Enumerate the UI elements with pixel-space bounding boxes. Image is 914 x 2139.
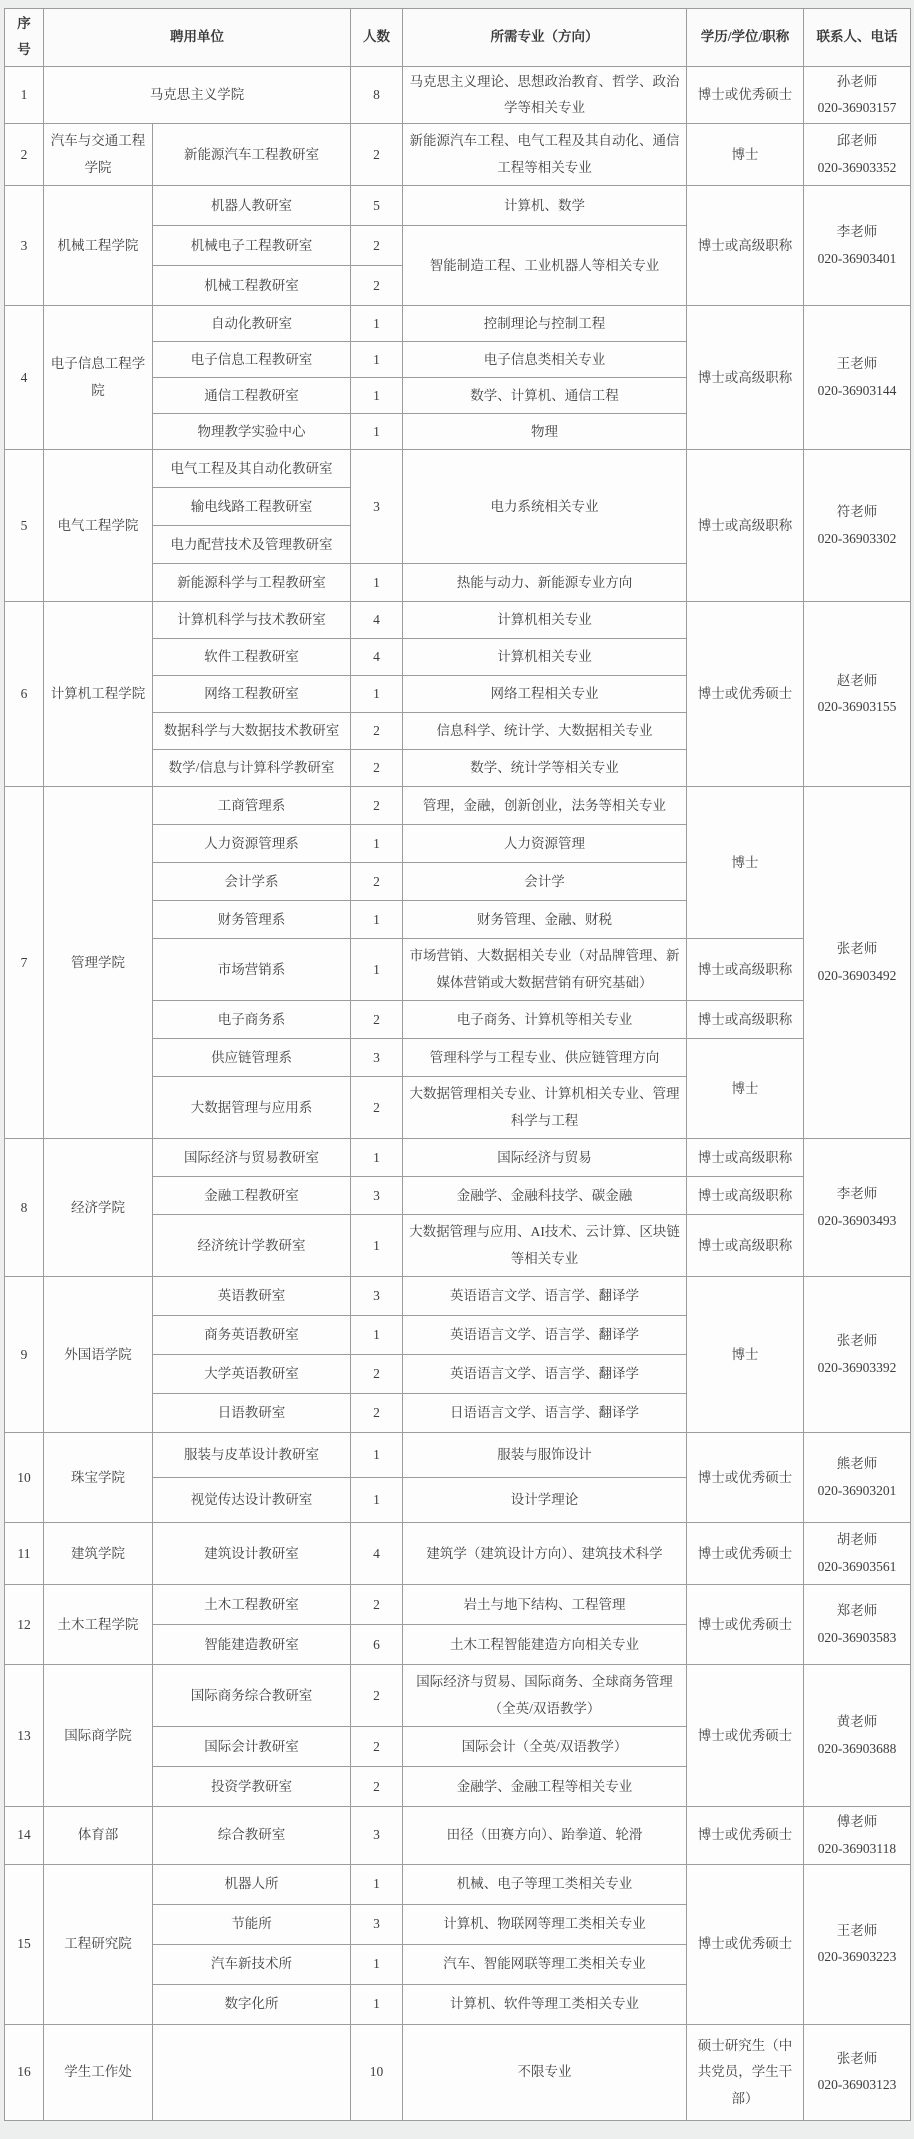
contact-name: 胡老师 <box>810 1527 904 1553</box>
cell-dept: 计算机科学与技术教研室 <box>153 602 351 639</box>
table-row: 10 珠宝学院 服装与皮革设计教研室 1 服装与服饰设计 博士或优秀硕士 熊老师… <box>5 1433 911 1478</box>
cell-college: 学生工作处 <box>44 2024 153 2120</box>
cell-contact: 李老师 020-36903401 <box>804 186 911 306</box>
cell-major: 新能源汽车工程、电气工程及其自动化、通信工程等相关专业 <box>403 124 687 186</box>
cell-contact: 王老师 020-36903223 <box>804 1864 911 2024</box>
cell-count: 2 <box>351 1394 403 1433</box>
contact-phone: 020-36903157 <box>810 95 904 121</box>
contact-phone: 020-36903123 <box>810 2072 904 2098</box>
cell-dept: 国际商务综合教研室 <box>153 1665 351 1727</box>
cell-dept: 机器人所 <box>153 1864 351 1904</box>
cell-dept: 人力资源管理系 <box>153 825 351 863</box>
cell-count: 2 <box>351 124 403 186</box>
cell-college: 经济学院 <box>44 1139 153 1277</box>
cell-degree: 博士或高级职称 <box>687 1139 804 1177</box>
cell-college: 汽车与交通工程学院 <box>44 124 153 186</box>
cell-count: 1 <box>351 1215 403 1277</box>
cell-degree: 博士或优秀硕士 <box>687 1523 804 1585</box>
cell-major: 数学、计算机、通信工程 <box>403 378 687 414</box>
table-row: 9 外国语学院 英语教研室 3 英语语言文学、语言学、翻译学 博士 张老师 02… <box>5 1277 911 1316</box>
cell-major: 设计学理论 <box>403 1478 687 1523</box>
contact-phone: 020-36903155 <box>810 694 904 720</box>
cell-dept: 国际会计教研室 <box>153 1727 351 1767</box>
contact-phone: 020-36903392 <box>810 1355 904 1381</box>
table-row: 8 经济学院 国际经济与贸易教研室 1 国际经济与贸易 博士或高级职称 李老师 … <box>5 1139 911 1177</box>
cell-contact: 熊老师 020-36903201 <box>804 1433 911 1523</box>
cell-count: 2 <box>351 1077 403 1139</box>
table-row: 2 汽车与交通工程学院 新能源汽车工程教研室 2 新能源汽车工程、电气工程及其自… <box>5 124 911 186</box>
cell-count: 1 <box>351 825 403 863</box>
cell-contact: 李老师 020-36903493 <box>804 1139 911 1277</box>
cell-major: 电子信息类相关专业 <box>403 342 687 378</box>
cell-dept: 会计学系 <box>153 863 351 901</box>
cell-no: 12 <box>5 1585 44 1665</box>
table-row: 5 电气工程学院 电气工程及其自动化教研室 3 电力系统相关专业 博士或高级职称… <box>5 450 911 488</box>
cell-college: 计算机工程学院 <box>44 602 153 787</box>
table-row: 14 体育部 综合教研室 3 田径（田赛方向）、跆拳道、轮滑 博士或优秀硕士 傅… <box>5 1807 911 1865</box>
contact-phone: 020-36903302 <box>810 526 904 552</box>
table-row: 3 机械工程学院 机器人教研室 5 计算机、数学 博士或高级职称 李老师 020… <box>5 186 911 226</box>
cell-no: 1 <box>5 66 44 124</box>
cell-dept: 机器人教研室 <box>153 186 351 226</box>
cell-dept: 日语教研室 <box>153 1394 351 1433</box>
contact-phone: 020-36903201 <box>810 1478 904 1504</box>
cell-major: 人力资源管理 <box>403 825 687 863</box>
cell-dept: 软件工程教研室 <box>153 639 351 676</box>
cell-college: 建筑学院 <box>44 1523 153 1585</box>
col-header-contact: 联系人、电话 <box>804 9 911 67</box>
cell-contact: 张老师 020-36903492 <box>804 787 911 1139</box>
cell-dept: 电子商务系 <box>153 1001 351 1039</box>
contact-name: 傅老师 <box>810 1809 904 1835</box>
cell-dept <box>153 2024 351 2120</box>
cell-dept: 数学/信息与计算科学教研室 <box>153 750 351 787</box>
contact-phone: 020-36903223 <box>810 1944 904 1970</box>
cell-no: 8 <box>5 1139 44 1277</box>
cell-college: 土木工程学院 <box>44 1585 153 1665</box>
cell-college: 外国语学院 <box>44 1277 153 1433</box>
cell-degree: 博士或优秀硕士 <box>687 66 804 124</box>
cell-dept: 机械电子工程教研室 <box>153 226 351 266</box>
cell-count: 1 <box>351 1478 403 1523</box>
cell-count: 2 <box>351 1727 403 1767</box>
cell-degree: 博士 <box>687 1039 804 1139</box>
cell-major: 国际经济与贸易 <box>403 1139 687 1177</box>
contact-name: 王老师 <box>810 351 904 377</box>
cell-count: 3 <box>351 450 403 564</box>
cell-contact: 胡老师 020-36903561 <box>804 1523 911 1585</box>
cell-dept: 物理教学实验中心 <box>153 414 351 450</box>
cell-major: 大数据管理相关专业、计算机相关专业、管理科学与工程 <box>403 1077 687 1139</box>
contact-name: 张老师 <box>810 1328 904 1354</box>
cell-degree: 博士或高级职称 <box>687 1215 804 1277</box>
cell-major: 土木工程智能建造方向相关专业 <box>403 1625 687 1665</box>
cell-major: 建筑学（建筑设计方向）、建筑技术科学 <box>403 1523 687 1585</box>
cell-no: 4 <box>5 306 44 450</box>
cell-count: 10 <box>351 2024 403 2120</box>
table-row: 6 计算机工程学院 计算机科学与技术教研室 4 计算机相关专业 博士或优秀硕士 … <box>5 602 911 639</box>
contact-name: 赵老师 <box>810 668 904 694</box>
cell-major: 管理，金融，创新创业，法务等相关专业 <box>403 787 687 825</box>
cell-dept: 机械工程教研室 <box>153 266 351 306</box>
cell-contact: 邱老师 020-36903352 <box>804 124 911 186</box>
cell-count: 4 <box>351 639 403 676</box>
contact-name: 李老师 <box>810 219 904 245</box>
cell-major: 计算机相关专业 <box>403 639 687 676</box>
cell-count: 2 <box>351 1665 403 1727</box>
cell-count: 1 <box>351 564 403 602</box>
cell-major: 电力系统相关专业 <box>403 450 687 564</box>
cell-major: 田径（田赛方向）、跆拳道、轮滑 <box>403 1807 687 1865</box>
cell-no: 2 <box>5 124 44 186</box>
cell-contact: 傅老师 020-36903118 <box>804 1807 911 1865</box>
cell-dept: 供应链管理系 <box>153 1039 351 1077</box>
contact-name: 王老师 <box>810 1918 904 1944</box>
cell-degree: 博士或高级职称 <box>687 450 804 602</box>
contact-phone: 020-36903401 <box>810 246 904 272</box>
cell-dept: 数据科学与大数据技术教研室 <box>153 713 351 750</box>
cell-count: 6 <box>351 1625 403 1665</box>
cell-count: 1 <box>351 414 403 450</box>
cell-major: 国际会计（全英/双语教学） <box>403 1727 687 1767</box>
cell-degree: 博士或优秀硕士 <box>687 1433 804 1523</box>
contact-phone: 020-36903688 <box>810 1736 904 1762</box>
cell-degree: 博士或优秀硕士 <box>687 1864 804 2024</box>
table-row: 7 管理学院 工商管理系 2 管理，金融，创新创业，法务等相关专业 博士 张老师… <box>5 787 911 825</box>
cell-dept: 新能源科学与工程教研室 <box>153 564 351 602</box>
cell-dept: 新能源汽车工程教研室 <box>153 124 351 186</box>
cell-no: 6 <box>5 602 44 787</box>
page: 序号 聘用单位 人数 所需专业（方向） 学历/学位/职称 联系人、电话 1 马克… <box>0 0 914 2139</box>
col-header-major: 所需专业（方向） <box>403 9 687 67</box>
cell-major: 岩土与地下结构、工程管理 <box>403 1585 687 1625</box>
cell-no: 14 <box>5 1807 44 1865</box>
recruitment-table: 序号 聘用单位 人数 所需专业（方向） 学历/学位/职称 联系人、电话 1 马克… <box>4 8 911 2121</box>
cell-count: 3 <box>351 1039 403 1077</box>
cell-major: 控制理论与控制工程 <box>403 306 687 342</box>
cell-dept: 工商管理系 <box>153 787 351 825</box>
cell-degree: 博士或优秀硕士 <box>687 1665 804 1807</box>
cell-dept: 土木工程教研室 <box>153 1585 351 1625</box>
cell-dept: 汽车新技术所 <box>153 1944 351 1984</box>
cell-count: 3 <box>351 1807 403 1865</box>
table-row: 16 学生工作处 10 不限专业 硕士研究生（中共党员，学生干部） 张老师 02… <box>5 2024 911 2120</box>
cell-degree: 博士或高级职称 <box>687 186 804 306</box>
cell-major: 计算机相关专业 <box>403 602 687 639</box>
table-row: 15 工程研究院 机器人所 1 机械、电子等理工类相关专业 博士或优秀硕士 王老… <box>5 1864 911 1904</box>
cell-count: 2 <box>351 1355 403 1394</box>
cell-degree: 硕士研究生（中共党员，学生干部） <box>687 2024 804 2120</box>
contact-phone: 020-36903118 <box>810 1836 904 1862</box>
cell-count: 1 <box>351 676 403 713</box>
cell-count: 1 <box>351 342 403 378</box>
cell-college: 珠宝学院 <box>44 1433 153 1523</box>
cell-major: 大数据管理与应用、AI技术、云计算、区块链等相关专业 <box>403 1215 687 1277</box>
table-row: 13 国际商学院 国际商务综合教研室 2 国际经济与贸易、国际商务、全球商务管理… <box>5 1665 911 1727</box>
cell-contact: 王老师 020-36903144 <box>804 306 911 450</box>
cell-count: 1 <box>351 1433 403 1478</box>
contact-name: 孙老师 <box>810 69 904 95</box>
cell-no: 16 <box>5 2024 44 2120</box>
cell-major: 财务管理、金融、财税 <box>403 901 687 939</box>
cell-count: 2 <box>351 226 403 266</box>
cell-degree: 博士 <box>687 787 804 939</box>
cell-major: 英语语言文学、语言学、翻译学 <box>403 1316 687 1355</box>
table-row: 1 马克思主义学院 8 马克思主义理论、思想政治教育、哲学、政治学等相关专业 博… <box>5 66 911 124</box>
contact-phone: 020-36903352 <box>810 155 904 181</box>
cell-major: 信息科学、统计学、大数据相关专业 <box>403 713 687 750</box>
cell-dept: 经济统计学教研室 <box>153 1215 351 1277</box>
cell-no: 5 <box>5 450 44 602</box>
cell-count: 2 <box>351 1585 403 1625</box>
cell-dept: 市场营销系 <box>153 939 351 1001</box>
cell-dept: 数字化所 <box>153 1984 351 2024</box>
cell-degree: 博士或高级职称 <box>687 1001 804 1039</box>
cell-college: 国际商学院 <box>44 1665 153 1807</box>
cell-contact: 张老师 020-36903392 <box>804 1277 911 1433</box>
cell-major: 马克思主义理论、思想政治教育、哲学、政治学等相关专业 <box>403 66 687 124</box>
contact-name: 郑老师 <box>810 1598 904 1624</box>
cell-count: 1 <box>351 306 403 342</box>
cell-dept: 视觉传达设计教研室 <box>153 1478 351 1523</box>
col-header-unit: 聘用单位 <box>44 9 351 67</box>
cell-major: 服装与服饰设计 <box>403 1433 687 1478</box>
cell-dept: 大学英语教研室 <box>153 1355 351 1394</box>
cell-major: 物理 <box>403 414 687 450</box>
cell-no: 13 <box>5 1665 44 1807</box>
cell-major: 不限专业 <box>403 2024 687 2120</box>
table-row: 4 电子信息工程学院 自动化教研室 1 控制理论与控制工程 博士或高级职称 王老… <box>5 306 911 342</box>
cell-major: 金融学、金融科技学、碳金融 <box>403 1177 687 1215</box>
contact-name: 张老师 <box>810 2046 904 2072</box>
contact-phone: 020-36903583 <box>810 1625 904 1651</box>
cell-count: 3 <box>351 1177 403 1215</box>
cell-college: 电气工程学院 <box>44 450 153 602</box>
cell-degree: 博士 <box>687 1277 804 1433</box>
contact-phone: 020-36903144 <box>810 378 904 404</box>
cell-dept: 电气工程及其自动化教研室 <box>153 450 351 488</box>
contact-phone: 020-36903561 <box>810 1554 904 1580</box>
cell-dept: 商务英语教研室 <box>153 1316 351 1355</box>
table-row: 12 土木工程学院 土木工程教研室 2 岩土与地下结构、工程管理 博士或优秀硕士… <box>5 1585 911 1625</box>
cell-count: 1 <box>351 1139 403 1177</box>
cell-major: 机械、电子等理工类相关专业 <box>403 1864 687 1904</box>
contact-name: 张老师 <box>810 936 904 962</box>
cell-major: 国际经济与贸易、国际商务、全球商务管理（全英/双语教学） <box>403 1665 687 1727</box>
cell-dept: 自动化教研室 <box>153 306 351 342</box>
cell-major: 市场营销、大数据相关专业（对品牌管理、新媒体营销或大数据营销有研究基础） <box>403 939 687 1001</box>
cell-dept: 国际经济与贸易教研室 <box>153 1139 351 1177</box>
cell-college: 机械工程学院 <box>44 186 153 306</box>
cell-major: 管理科学与工程专业、供应链管理方向 <box>403 1039 687 1077</box>
cell-degree: 博士或高级职称 <box>687 1177 804 1215</box>
col-header-degree: 学历/学位/职称 <box>687 9 804 67</box>
cell-major: 数学、统计学等相关专业 <box>403 750 687 787</box>
contact-name: 黄老师 <box>810 1709 904 1735</box>
cell-dept: 建筑设计教研室 <box>153 1523 351 1585</box>
cell-count: 1 <box>351 901 403 939</box>
cell-count: 1 <box>351 1944 403 1984</box>
cell-dept: 投资学教研室 <box>153 1767 351 1807</box>
cell-major: 汽车、智能网联等理工类相关专业 <box>403 1944 687 1984</box>
cell-dept: 网络工程教研室 <box>153 676 351 713</box>
cell-college: 马克思主义学院 <box>44 66 351 124</box>
cell-dept: 智能建造教研室 <box>153 1625 351 1665</box>
cell-major: 计算机、软件等理工类相关专业 <box>403 1984 687 2024</box>
cell-major: 网络工程相关专业 <box>403 676 687 713</box>
cell-count: 4 <box>351 1523 403 1585</box>
cell-no: 15 <box>5 1864 44 2024</box>
cell-dept: 通信工程教研室 <box>153 378 351 414</box>
cell-count: 1 <box>351 1864 403 1904</box>
cell-no: 3 <box>5 186 44 306</box>
contact-phone: 020-36903493 <box>810 1208 904 1234</box>
cell-dept: 电力配营技术及管理教研室 <box>153 526 351 564</box>
col-header-count: 人数 <box>351 9 403 67</box>
cell-degree: 博士或高级职称 <box>687 306 804 450</box>
cell-count: 2 <box>351 1767 403 1807</box>
cell-dept: 输电线路工程教研室 <box>153 488 351 526</box>
cell-major: 英语语言文学、语言学、翻译学 <box>403 1277 687 1316</box>
cell-count: 1 <box>351 378 403 414</box>
cell-count: 3 <box>351 1904 403 1944</box>
cell-count: 2 <box>351 266 403 306</box>
cell-contact: 郑老师 020-36903583 <box>804 1585 911 1665</box>
cell-count: 5 <box>351 186 403 226</box>
contact-name: 李老师 <box>810 1181 904 1207</box>
cell-contact: 符老师 020-36903302 <box>804 450 911 602</box>
cell-count: 2 <box>351 863 403 901</box>
cell-contact: 孙老师 020-36903157 <box>804 66 911 124</box>
cell-college: 电子信息工程学院 <box>44 306 153 450</box>
cell-major: 计算机、数学 <box>403 186 687 226</box>
col-header-no: 序号 <box>5 9 44 67</box>
cell-degree: 博士或优秀硕士 <box>687 1585 804 1665</box>
cell-dept: 英语教研室 <box>153 1277 351 1316</box>
cell-college: 管理学院 <box>44 787 153 1139</box>
cell-dept: 电子信息工程教研室 <box>153 342 351 378</box>
cell-contact: 赵老师 020-36903155 <box>804 602 911 787</box>
table-row: 11 建筑学院 建筑设计教研室 4 建筑学（建筑设计方向）、建筑技术科学 博士或… <box>5 1523 911 1585</box>
cell-major: 热能与动力、新能源专业方向 <box>403 564 687 602</box>
cell-degree: 博士或优秀硕士 <box>687 602 804 787</box>
cell-major: 会计学 <box>403 863 687 901</box>
cell-dept: 综合教研室 <box>153 1807 351 1865</box>
cell-major: 计算机、物联网等理工类相关专业 <box>403 1904 687 1944</box>
cell-count: 1 <box>351 1316 403 1355</box>
cell-count: 1 <box>351 939 403 1001</box>
cell-college: 工程研究院 <box>44 1864 153 2024</box>
cell-count: 4 <box>351 602 403 639</box>
cell-count: 8 <box>351 66 403 124</box>
cell-count: 2 <box>351 750 403 787</box>
cell-contact: 张老师 020-36903123 <box>804 2024 911 2120</box>
cell-count: 2 <box>351 1001 403 1039</box>
cell-no: 7 <box>5 787 44 1139</box>
cell-college: 体育部 <box>44 1807 153 1865</box>
table-header-row: 序号 聘用单位 人数 所需专业（方向） 学历/学位/职称 联系人、电话 <box>5 9 911 67</box>
cell-dept: 金融工程教研室 <box>153 1177 351 1215</box>
cell-major: 日语语言文学、语言学、翻译学 <box>403 1394 687 1433</box>
cell-dept: 大数据管理与应用系 <box>153 1077 351 1139</box>
contact-phone: 020-36903492 <box>810 963 904 989</box>
cell-count: 2 <box>351 713 403 750</box>
cell-no: 11 <box>5 1523 44 1585</box>
cell-count: 1 <box>351 1984 403 2024</box>
contact-name: 邱老师 <box>810 128 904 154</box>
cell-dept: 服装与皮革设计教研室 <box>153 1433 351 1478</box>
cell-dept: 节能所 <box>153 1904 351 1944</box>
cell-major: 电子商务、计算机等相关专业 <box>403 1001 687 1039</box>
cell-degree: 博士或优秀硕士 <box>687 1807 804 1865</box>
cell-major: 金融学、金融工程等相关专业 <box>403 1767 687 1807</box>
cell-dept: 财务管理系 <box>153 901 351 939</box>
contact-name: 熊老师 <box>810 1451 904 1477</box>
cell-major: 英语语言文学、语言学、翻译学 <box>403 1355 687 1394</box>
cell-major: 智能制造工程、工业机器人等相关专业 <box>403 226 687 306</box>
cell-contact: 黄老师 020-36903688 <box>804 1665 911 1807</box>
cell-degree: 博士或高级职称 <box>687 939 804 1001</box>
cell-no: 9 <box>5 1277 44 1433</box>
cell-no: 10 <box>5 1433 44 1523</box>
contact-name: 符老师 <box>810 499 904 525</box>
cell-count: 2 <box>351 787 403 825</box>
cell-count: 3 <box>351 1277 403 1316</box>
cell-degree: 博士 <box>687 124 804 186</box>
